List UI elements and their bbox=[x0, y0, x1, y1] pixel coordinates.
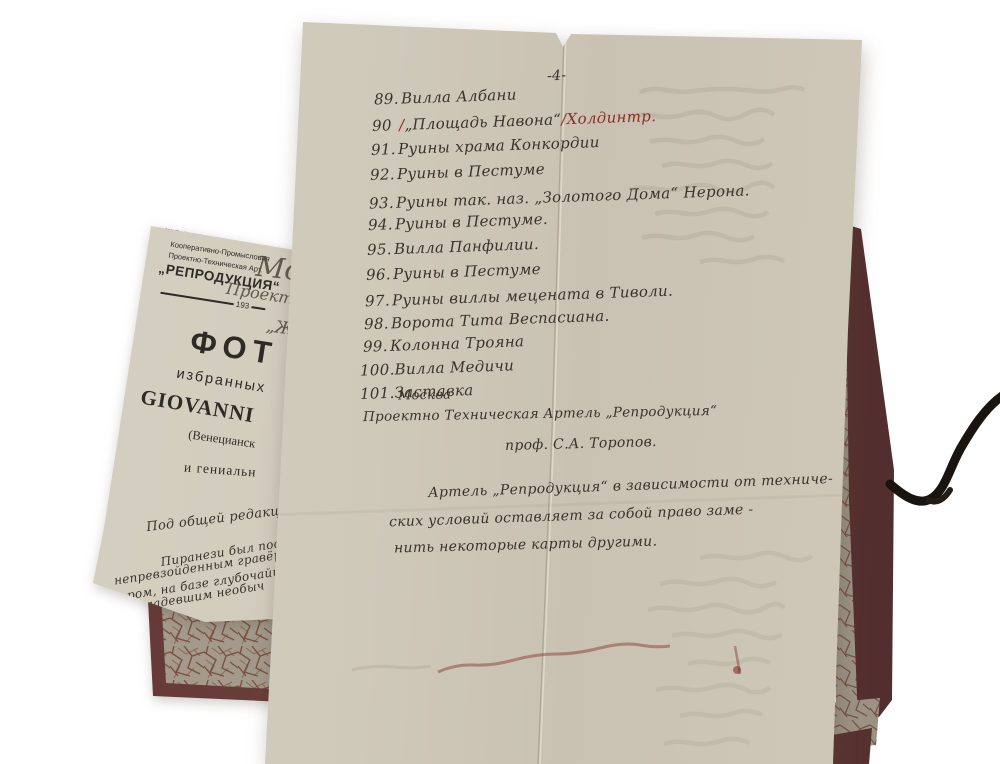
list-item-number: 99. bbox=[363, 337, 391, 356]
list-item-number: 89. bbox=[374, 90, 402, 109]
letter-sheet: -4- 89.Вилла Албани 90/„Площадь Навона“/… bbox=[0, 0, 1000, 764]
list-item-number: 95. bbox=[367, 240, 395, 259]
list-item-number: 91. bbox=[371, 140, 399, 159]
letter-sheet-wrap: -4- 89.Вилла Албани 90/„Площадь Навона“/… bbox=[0, 0, 1000, 764]
list-item-number: 92. bbox=[370, 165, 398, 184]
list-item-number: 101. bbox=[360, 384, 395, 403]
page-number: -4- bbox=[547, 68, 567, 85]
list-item-number: 93. bbox=[369, 194, 397, 213]
bleed-through-red-inscription bbox=[352, 644, 741, 674]
list-item-number: 96. bbox=[366, 265, 394, 284]
bleed-through-text-lower bbox=[648, 553, 812, 744]
list-item-number: 97. bbox=[365, 291, 393, 310]
footer-city: Москва bbox=[398, 388, 452, 404]
list-item-number: 94. bbox=[368, 215, 396, 234]
list-item-number: 90 bbox=[372, 116, 400, 135]
list-item-number: 100. bbox=[360, 360, 395, 379]
red-annotation: /Холдинтр. bbox=[561, 107, 657, 128]
photo-stage: МОСОБЛПЕЧАТЬСОЮЗ Кооперативно-Промыслова… bbox=[0, 0, 1000, 764]
list-item-number: 98. bbox=[364, 314, 392, 333]
